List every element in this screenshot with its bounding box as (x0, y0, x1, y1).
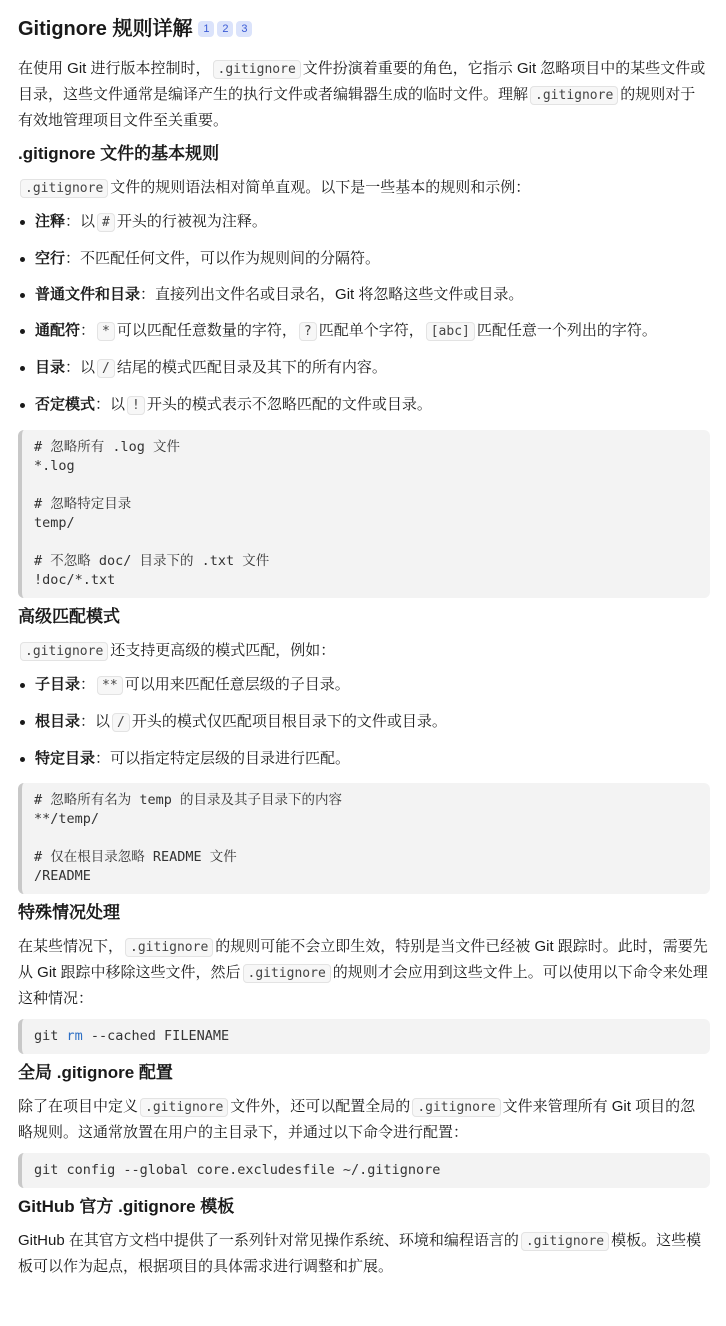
inline-code: .gitignore (213, 60, 301, 79)
text-span: 文件外，还可以配置全局的 (230, 1098, 410, 1115)
inline-code: / (112, 713, 130, 732)
citation-badge[interactable]: 1 (198, 21, 214, 37)
text-span: 还支持更高级的模式匹配，例如： (110, 642, 335, 659)
text-span: 开头的模式表示不忽略匹配的文件或目录。 (147, 396, 432, 413)
text-span: 以 (80, 213, 95, 230)
inline-code: * (97, 322, 115, 341)
inline-code: ! (127, 396, 145, 415)
section-heading-github: GitHub 官方 .gitignore 模板 (18, 1194, 710, 1220)
basic-rules-list: 注释：以#开头的行被视为注释。 空行：不匹配任何文件，可以作为规则间的分隔符。 … (18, 209, 710, 418)
text-span: ： (65, 359, 80, 376)
text-span: ： (140, 286, 155, 303)
text-span: 普通文件和目录 (35, 286, 140, 303)
text-span: GitHub 在其官方文档中提供了一系列针对常见操作系统、环境和编程语言的 (18, 1232, 519, 1249)
section-heading-global: 全局 .gitignore 配置 (18, 1060, 710, 1086)
text-span: ： (80, 713, 95, 730)
inline-code: .gitignore (125, 938, 213, 957)
inline-code: # (97, 213, 115, 232)
inline-code: [abc] (426, 322, 475, 341)
text-span: ： (95, 750, 110, 767)
text-span: 在使用 Git 进行版本控制时， (18, 60, 211, 77)
text-span: 以 (95, 713, 110, 730)
section-heading-basic: .gitignore 文件的基本规则 (18, 141, 710, 167)
section-heading-special: 特殊情况处理 (18, 900, 710, 926)
text-span: 可以匹配任意数量的字符， (117, 322, 297, 339)
text-span: 可以指定特定层级的目录进行匹配。 (110, 750, 350, 767)
global-paragraph: 除了在项目中定义.gitignore文件外，还可以配置全局的.gitignore… (18, 1094, 710, 1145)
list-item: 否定模式：以!开头的模式表示不忽略匹配的文件或目录。 (18, 392, 710, 418)
list-item: 空行：不匹配任何文件，可以作为规则间的分隔符。 (18, 246, 710, 271)
inline-code: .gitignore (521, 1232, 609, 1251)
command-code-block[interactable]: git rm --cached FILENAME (18, 1019, 710, 1054)
inline-code: / (97, 359, 115, 378)
text-span: 特定目录 (35, 750, 95, 767)
text-span: 以 (80, 359, 95, 376)
text-span: 匹配单个字符， (319, 322, 424, 339)
list-item: 通配符：*可以匹配任意数量的字符，?匹配单个字符，[abc]匹配任意一个列出的字… (18, 318, 710, 344)
citation-badges: 1 2 3 (198, 21, 252, 37)
text-span: 在某些情况下， (18, 938, 123, 955)
basic-lead: .gitignore文件的规则语法相对简单直观。以下是一些基本的规则和示例： (18, 175, 710, 201)
list-item: 子目录：**可以用来匹配任意层级的子目录。 (18, 672, 710, 698)
inline-code: .gitignore (20, 642, 108, 661)
text-span: --cached FILENAME (83, 1028, 229, 1044)
inline-code: ** (97, 676, 123, 695)
text-span: ： (80, 676, 95, 693)
text-span: ： (80, 322, 95, 339)
advanced-rules-list: 子目录：**可以用来匹配任意层级的子目录。 根目录：以/开头的模式仅匹配项目根目… (18, 672, 710, 771)
command-code-block[interactable]: git config --global core.excludesfile ~/… (18, 1153, 710, 1188)
inline-code: .gitignore (243, 964, 331, 983)
text-span: 除了在项目中定义 (18, 1098, 138, 1115)
list-item: 普通文件和目录：直接列出文件名或目录名，Git 将忽略这些文件或目录。 (18, 282, 710, 307)
text-span: 根目录 (35, 713, 80, 730)
list-item: 根目录：以/开头的模式仅匹配项目根目录下的文件或目录。 (18, 709, 710, 735)
text-span: 以 (110, 396, 125, 413)
text-span: 空行 (35, 250, 65, 267)
citation-badge[interactable]: 3 (236, 21, 252, 37)
text-span: 子目录 (35, 676, 80, 693)
text-span: 否定模式 (35, 396, 95, 413)
github-paragraph: GitHub 在其官方文档中提供了一系列针对常见操作系统、环境和编程语言的.gi… (18, 1228, 710, 1279)
code-block[interactable]: # 忽略所有名为 temp 的目录及其子目录下的内容 **/temp/ # 仅在… (18, 783, 710, 894)
text-span: 匹配任意一个列出的字符。 (477, 322, 657, 339)
text-span: 通配符 (35, 322, 80, 339)
text-span: 注释 (35, 213, 65, 230)
intro-paragraph: 在使用 Git 进行版本控制时，.gitignore文件扮演着重要的角色，它指示… (18, 56, 710, 133)
inline-code: .gitignore (412, 1098, 500, 1117)
text-span: ： (65, 213, 80, 230)
text-span: git (34, 1028, 67, 1044)
inline-code: .gitignore (140, 1098, 228, 1117)
text-span: 文件的规则语法相对简单直观。以下是一些基本的规则和示例： (110, 179, 530, 196)
inline-code: .gitignore (20, 179, 108, 198)
section-heading-advanced: 高级匹配模式 (18, 604, 710, 630)
text-span: 开头的行被视为注释。 (117, 213, 267, 230)
keyword-rm: rm (67, 1028, 83, 1044)
list-item: 目录：以/结尾的模式匹配目录及其下的所有内容。 (18, 355, 710, 381)
text-span: Gitignore 规则详解 (18, 12, 192, 46)
code-block[interactable]: # 忽略所有 .log 文件 *.log # 忽略特定目录 temp/ # 不忽… (18, 430, 710, 598)
text-span: 目录 (35, 359, 65, 376)
advanced-lead: .gitignore还支持更高级的模式匹配，例如： (18, 638, 710, 664)
text-span: 不匹配任何文件，可以作为规则间的分隔符。 (80, 250, 380, 267)
page-title: Gitignore 规则详解 1 2 3 (18, 12, 710, 46)
text-span: 可以用来匹配任意层级的子目录。 (125, 676, 350, 693)
text-span: ： (95, 396, 110, 413)
document: Gitignore 规则详解 1 2 3 在使用 Git 进行版本控制时，.gi… (0, 0, 726, 1279)
citation-badge[interactable]: 2 (217, 21, 233, 37)
list-item: 特定目录：可以指定特定层级的目录进行匹配。 (18, 746, 710, 771)
text-span: 开头的模式仅匹配项目根目录下的文件或目录。 (132, 713, 447, 730)
inline-code: ? (299, 322, 317, 341)
inline-code: .gitignore (530, 86, 618, 105)
list-item: 注释：以#开头的行被视为注释。 (18, 209, 710, 235)
text-span: ： (65, 250, 80, 267)
text-span: 结尾的模式匹配目录及其下的所有内容。 (117, 359, 387, 376)
text-span: 直接列出文件名或目录名，Git 将忽略这些文件或目录。 (155, 286, 523, 303)
special-paragraph: 在某些情况下，.gitignore的规则可能不会立即生效，特别是当文件已经被 G… (18, 934, 710, 1011)
